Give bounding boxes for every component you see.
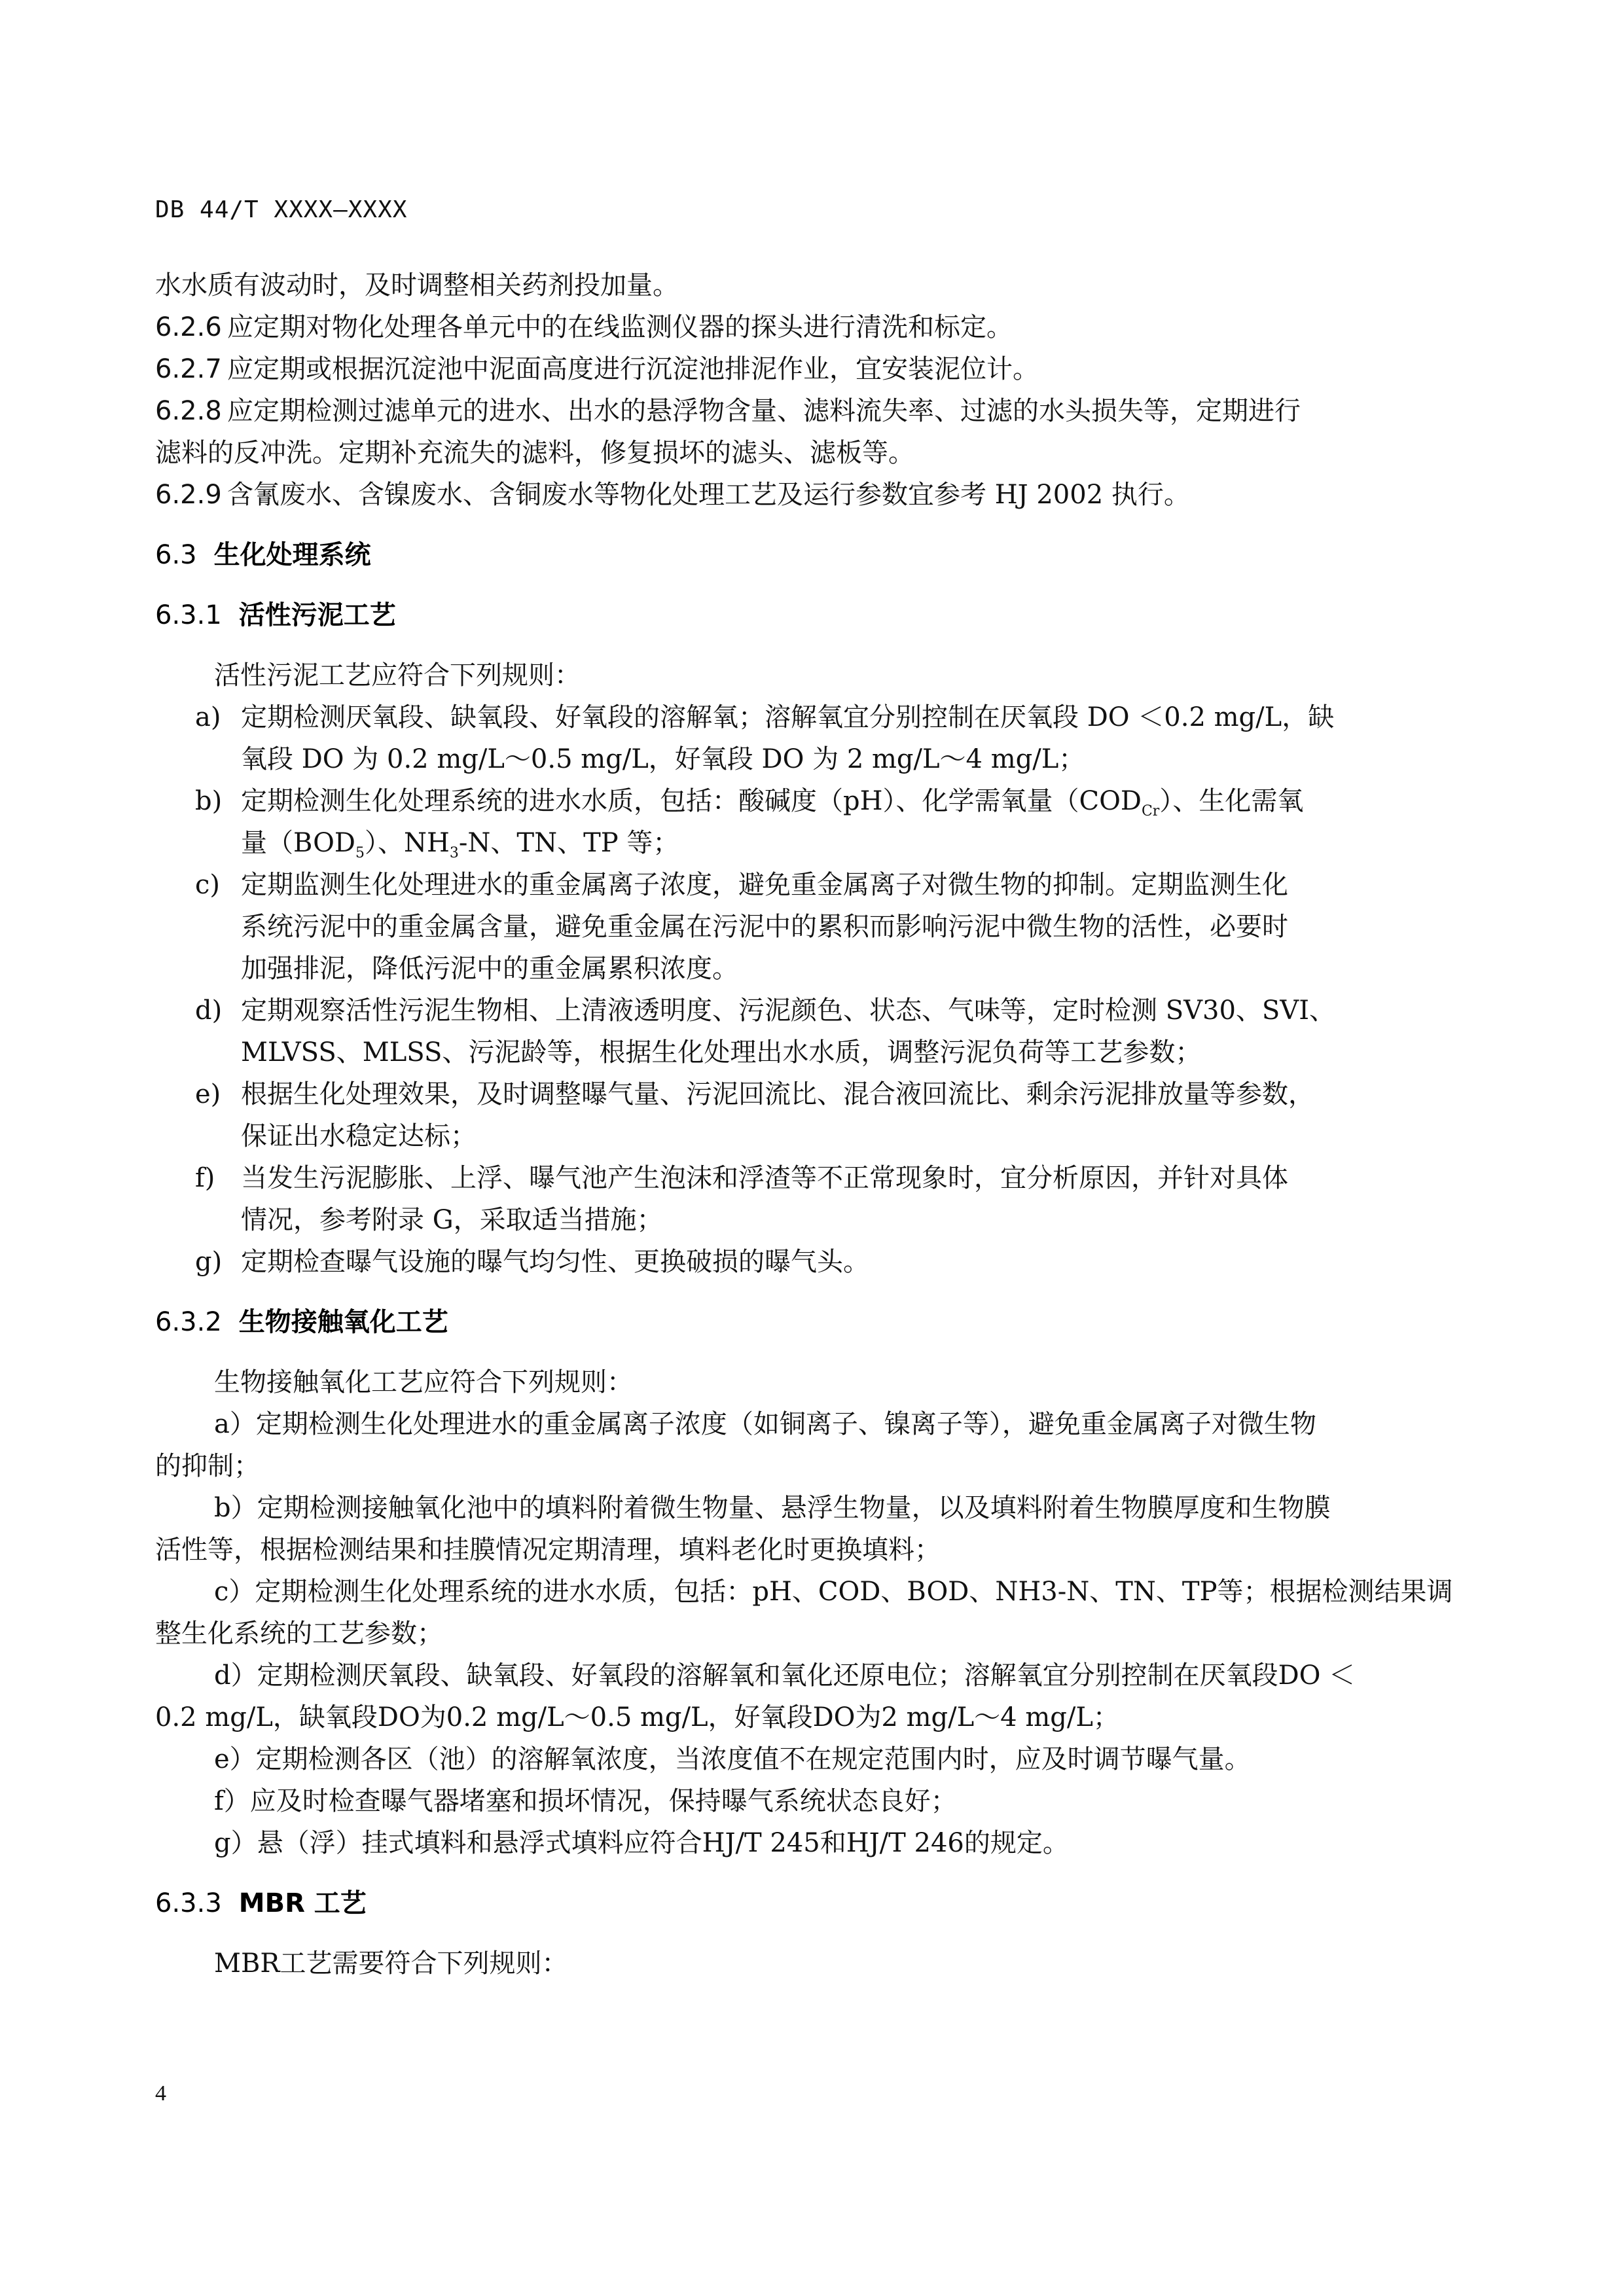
list-text: 定期检测厌氧段、缺氧段、好氧段的溶解氧；溶解氧宜分别控制在厌氧段 DO ＜0.2… <box>241 702 1334 732</box>
subsection-number: 6.3.1 <box>155 594 222 636</box>
list-text: 定期检查曝气设施的曝气均匀性、更换破损的曝气头。 <box>241 1247 869 1277</box>
document-page: DB 44/T XXXX—XXXX 水水质有波动时，及时调整相关药剂投加量。 6… <box>0 0 1624 2296</box>
list-item-c-continuation: 加强排泥，降低污泥中的重金属累积浓度。 <box>155 948 1432 990</box>
list-text: 当发生污泥膨胀、上浮、曝气池产生泡沫和浮渣等不正常现象时，宜分析原因，并针对具体 <box>241 1163 1288 1193</box>
clause-number: 6.2.7 <box>155 348 227 390</box>
list-item-e-continuation: 保证出水稳定达标； <box>155 1115 1432 1157</box>
list-label: e) <box>155 1073 241 1115</box>
clause-6-2-8-continuation: 滤料的反冲洗。定期补充流失的滤料，修复损坏的滤头、滤板等。 <box>155 432 1432 474</box>
list-item-c-continuation: 系统污泥中的重金属含量，避免重金属在污泥中的累积而影响污泥中微生物的活性，必要时 <box>155 906 1432 948</box>
subscript: Cr <box>1142 803 1159 819</box>
clause-text: 含氰废水、含镍废水、含铜废水等物化处理工艺及运行参数宜参考 HJ 2002 执行… <box>227 480 1190 510</box>
document-code-header: DB 44/T XXXX—XXXX <box>155 196 407 223</box>
clause-6-2-8: 6.2.8应定期检测过滤单元的进水、出水的悬浮物含量、滤料流失率、过滤的水头损失… <box>155 390 1432 432</box>
clause-text: 应定期或根据沉淀池中泥面高度进行沉淀池排泥作业，宜安装泥位计。 <box>227 354 1039 384</box>
continuation-line: 水水质有波动时，及时调整相关药剂投加量。 <box>155 264 1432 306</box>
list-item-a: a)定期检测厌氧段、缺氧段、好氧段的溶解氧；溶解氧宜分别控制在厌氧段 DO ＜0… <box>155 696 1432 738</box>
clause-number: 6.2.8 <box>155 390 227 432</box>
list-text: 量（BOD <box>241 828 355 858</box>
list-label: c) <box>155 864 241 906</box>
list-item-b-continuation: 量（BOD5）、NH3-N、TN、TP 等； <box>155 822 1432 864</box>
subsection-intro: MBR工艺需要符合下列规则： <box>155 1943 1432 1984</box>
list-item-c: c）定期检测生化处理系统的进水水质，包括：pH、COD、BOD、NH3-N、TN… <box>155 1571 1432 1613</box>
section-number: 6.3 <box>155 534 197 576</box>
subsection-title: 生物接触氧化工艺 <box>239 1307 448 1337</box>
list-item-c: c)定期监测生化处理进水的重金属离子浓度，避免重金属离子对微生物的抑制。定期监测… <box>155 864 1432 906</box>
list-text: 定期检测生化处理系统的进水水质，包括：酸碱度（pH）、化学需氧量（COD <box>241 786 1142 816</box>
clause-6-2-9: 6.2.9含氰废水、含镍废水、含铜废水等物化处理工艺及运行参数宜参考 HJ 20… <box>155 474 1432 516</box>
list-item-a-continuation: 的抑制； <box>155 1445 1432 1487</box>
list-item-d: d)定期观察活性污泥生物相、上清液透明度、污泥颜色、状态、气味等，定时检测 SV… <box>155 990 1432 1031</box>
list-item-c-continuation: 整生化系统的工艺参数； <box>155 1613 1432 1655</box>
subscript: 5 <box>355 845 365 861</box>
section-title: 生化处理系统 <box>214 540 371 570</box>
clause-text: 应定期检测过滤单元的进水、出水的悬浮物含量、滤料流失率、过滤的水头损失等，定期进… <box>227 396 1301 426</box>
list-text: -N、TN、TP 等； <box>459 828 679 858</box>
clause-number: 6.2.9 <box>155 474 227 516</box>
subsection-number: 6.3.2 <box>155 1301 222 1343</box>
clause-6-2-6: 6.2.6应定期对物化处理各单元中的在线监测仪器的探头进行清洗和标定。 <box>155 306 1432 348</box>
list-label: a) <box>155 696 241 738</box>
subsection-number: 6.3.3 <box>155 1882 222 1924</box>
list-item-e: e）定期检测各区（池）的溶解氧浓度，当浓度值不在规定范围内时，应及时调节曝气量。 <box>155 1738 1432 1780</box>
subsection-heading-6-3-2: 6.3.2生物接触氧化工艺 <box>155 1301 1432 1343</box>
list-item-d-continuation: 0.2 mg/L，缺氧段DO为0.2 mg/L～0.5 mg/L，好氧段DO为2… <box>155 1696 1432 1738</box>
subscript: 3 <box>450 845 459 861</box>
subsection-heading-6-3-1: 6.3.1活性污泥工艺 <box>155 594 1432 636</box>
list-label: f) <box>155 1157 241 1199</box>
list-item-f-continuation: 情况，参考附录 G，采取适当措施； <box>155 1199 1432 1241</box>
list-text: 定期监测生化处理进水的重金属离子浓度，避免重金属离子对微生物的抑制。定期监测生化 <box>241 870 1288 900</box>
list-text: 定期观察活性污泥生物相、上清液透明度、污泥颜色、状态、气味等，定时检测 SV30… <box>241 996 1335 1026</box>
clause-text: 应定期对物化处理各单元中的在线监测仪器的探头进行清洗和标定。 <box>227 312 1013 342</box>
clause-number: 6.2.6 <box>155 306 227 348</box>
subsection-intro: 活性污泥工艺应符合下列规则： <box>155 655 1432 696</box>
subsection-intro: 生物接触氧化工艺应符合下列规则： <box>155 1361 1432 1403</box>
subsection-title: MBR 工艺 <box>239 1888 367 1918</box>
list-text: 根据生化处理效果，及时调整曝气量、污泥回流比、混合液回流比、剩余污泥排放量等参数… <box>241 1079 1314 1109</box>
clause-6-2-7: 6.2.7应定期或根据沉淀池中泥面高度进行沉淀池排泥作业，宜安装泥位计。 <box>155 348 1432 390</box>
list-item-b-continuation: 活性等，根据检测结果和挂膜情况定期清理，填料老化时更换填料； <box>155 1529 1432 1571</box>
list-item-f: f)当发生污泥膨胀、上浮、曝气池产生泡沫和浮渣等不正常现象时，宜分析原因，并针对… <box>155 1157 1432 1199</box>
list-label: g) <box>155 1241 241 1283</box>
list-item-a-continuation: 氧段 DO 为 0.2 mg/L～0.5 mg/L，好氧段 DO 为 2 mg/… <box>155 738 1432 780</box>
list-item-g: g）悬（浮）挂式填料和悬浮式填料应符合HJ/T 245和HJ/T 246的规定。 <box>155 1822 1432 1864</box>
list-item-g: g)定期检查曝气设施的曝气均匀性、更换破损的曝气头。 <box>155 1241 1432 1283</box>
list-item-a: a）定期检测生化处理进水的重金属离子浓度（如铜离子、镍离子等），避免重金属离子对… <box>155 1403 1432 1445</box>
list-item-f: f）应及时检查曝气器堵塞和损坏情况，保持曝气系统状态良好； <box>155 1780 1432 1822</box>
list-text: ）、生化需氧 <box>1159 786 1303 816</box>
page-number: 4 <box>155 2081 166 2106</box>
section-heading-6-3: 6.3生化处理系统 <box>155 534 1432 576</box>
list-item-d: d）定期检测厌氧段、缺氧段、好氧段的溶解氧和氧化还原电位；溶解氧宜分别控制在厌氧… <box>155 1655 1432 1696</box>
list-label: d) <box>155 990 241 1031</box>
list-item-b: b）定期检测接触氧化池中的填料附着微生物量、悬浮生物量，以及填料附着生物膜厚度和… <box>155 1487 1432 1529</box>
subsection-heading-6-3-3: 6.3.3MBR 工艺 <box>155 1882 1432 1924</box>
list-item-b: b)定期检测生化处理系统的进水水质，包括：酸碱度（pH）、化学需氧量（CODCr… <box>155 780 1432 822</box>
document-body: 水水质有波动时，及时调整相关药剂投加量。 6.2.6应定期对物化处理各单元中的在… <box>155 264 1432 1984</box>
list-item-e: e)根据生化处理效果，及时调整曝气量、污泥回流比、混合液回流比、剩余污泥排放量等… <box>155 1073 1432 1115</box>
list-label: b) <box>155 780 241 822</box>
subsection-title: 活性污泥工艺 <box>239 600 396 630</box>
list-item-d-continuation: MLVSS、MLSS、污泥龄等，根据生化处理出水水质，调整污泥负荷等工艺参数； <box>155 1031 1432 1073</box>
list-text: ）、NH <box>365 828 450 858</box>
